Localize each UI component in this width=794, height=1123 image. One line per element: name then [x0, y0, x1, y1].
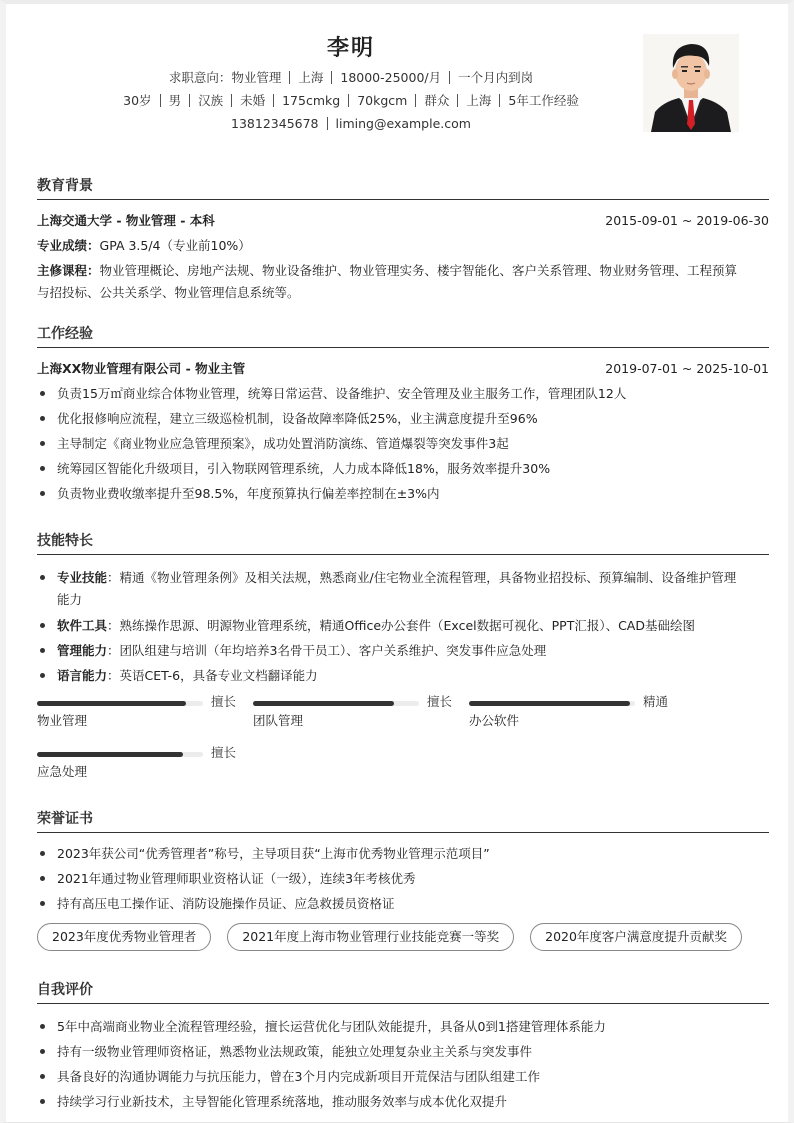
list-item: 持续学习行业新技术，主导智能化管理系统落地，推动服务效率与成本优化双提升	[37, 1089, 769, 1114]
section-title: 自我评价	[37, 978, 769, 1004]
list-item: 持有一级物业管理师资格证，熟悉物业法规政策，能独立处理复杂业主关系与突发事件	[37, 1039, 769, 1064]
resume-page: 李明 求职意向：物业管理上海18000-25000/月一个月内到岗 30岁男汉族…	[0, 0, 794, 1123]
list-item: 具备良好的沟通协调能力与抗压能力，曾在3个月内完成新项目开荒保洁与团队组建工作	[37, 1064, 769, 1089]
work-entry: 上海XX物业管理有限公司 - 物业主管 2019-07-01 ~ 2025-10…	[37, 356, 769, 381]
avatar-icon	[643, 34, 739, 132]
phone-number: 13812345678	[231, 116, 318, 131]
self-evaluation-bullets: 5年中高端商业物业全流程管理经验，擅长运营优化与团队效能提升，具备从0到1搭建管…	[37, 1014, 769, 1114]
list-item: 统筹园区智能化升级项目，引入物联网管理系统，人力成本降低18%，服务效率提升30…	[37, 456, 769, 481]
work-bullets: 负责15万㎡商业综合体物业管理，统筹日常运营、设备维护、安全管理及业主服务工作，…	[37, 381, 769, 506]
work-date: 2019-07-01 ~ 2025-10-01	[605, 356, 769, 381]
list-item: 管理能力：团队组建与培训（年均培养3名骨干员工）、客户关系维护、突发事件应急处理	[37, 638, 769, 663]
list-item: 负责物业费收缴率提升至98.5%，年度预算执行偏差率控制在±3%内	[37, 481, 769, 506]
skill-bar-fill	[37, 701, 186, 706]
skill-bar-fill	[253, 701, 394, 706]
award-tags: 2023年度优秀物业管理者 2021年度上海市物业管理行业技能竞赛一等奖 202…	[37, 923, 769, 951]
education-entry: 上海交通大学 - 物业管理 - 本科 2015-09-01 ~ 2019-06-…	[37, 208, 769, 233]
work-section: 工作经验 上海XX物业管理有限公司 - 物业主管 2019-07-01 ~ 20…	[37, 322, 769, 506]
award-tag: 2023年度优秀物业管理者	[37, 923, 211, 951]
list-item: 优化报修响应流程，建立三级巡检机制，设备故障率降低25%，业主满意度提升至96%	[37, 406, 769, 431]
skill-bar-fill	[469, 701, 630, 706]
skill-bars: 擅长 物业管理 擅长 团队管理 精通 办公软件 擅长 应急处理	[37, 696, 769, 796]
self-evaluation-section: 自我评价 5年中高端商业物业全流程管理经验，擅长运营优化与团队效能提升，具备从0…	[37, 978, 769, 1114]
education-section: 教育背景 上海交通大学 - 物业管理 - 本科 2015-09-01 ~ 201…	[37, 174, 769, 304]
school-line: 上海交通大学 - 物业管理 - 本科	[37, 213, 215, 228]
company-line: 上海XX物业管理有限公司 - 物业主管	[37, 361, 245, 376]
section-title: 教育背景	[37, 174, 769, 200]
education-date: 2015-09-01 ~ 2019-06-30	[605, 208, 769, 233]
skill-bar-track	[37, 752, 203, 757]
section-title: 工作经验	[37, 322, 769, 348]
courses-row: 主修课程：物业管理概论、房地产法规、物业设备维护、物业管理实务、楼宇智能化、客户…	[37, 258, 769, 304]
skill-bar-fill	[37, 752, 183, 757]
skill-bar-track	[253, 701, 419, 706]
list-item: 负责15万㎡商业综合体物业管理，统筹日常运营、设备维护、安全管理及业主服务工作，…	[37, 381, 769, 406]
skill-bar-item: 精通 办公软件	[469, 696, 669, 742]
list-item: 2023年获公司“优秀管理者”称号，主导项目获“上海市优秀物业管理示范项目”	[37, 841, 769, 866]
candidate-name: 李明	[6, 32, 696, 66]
skill-bar-item: 擅长 团队管理	[253, 696, 453, 742]
skill-bar-item: 擅长 应急处理	[37, 747, 237, 793]
list-item: 语言能力：英语CET-6，具备专业文档翻译能力	[37, 663, 769, 688]
section-title: 荣誉证书	[37, 807, 769, 833]
honors-bullets: 2023年获公司“优秀管理者”称号，主导项目获“上海市优秀物业管理示范项目” 2…	[37, 841, 769, 916]
skills-bullets: 专业技能：精通《物业管理条例》及相关法规，熟悉商业/住宅物业全流程管理，具备物业…	[37, 565, 769, 688]
skill-bar-track	[37, 701, 203, 706]
list-item: 5年中高端商业物业全流程管理经验，擅长运营优化与团队效能提升，具备从0到1搭建管…	[37, 1014, 769, 1039]
list-item: 持有高压电工操作证、消防设施操作员证、应急救援员资格证	[37, 891, 769, 916]
resume-header: 李明 求职意向：物业管理上海18000-25000/月一个月内到岗 30岁男汉族…	[6, 32, 696, 135]
award-tag: 2021年度上海市物业管理行业技能竞赛一等奖	[227, 923, 514, 951]
award-tag: 2020年度客户满意度提升贡献奖	[530, 923, 742, 951]
avatar-photo	[643, 34, 739, 132]
honors-section: 荣誉证书 2023年获公司“优秀管理者”称号，主导项目获“上海市优秀物业管理示范…	[37, 807, 769, 951]
skills-section: 技能特长 专业技能：精通《物业管理条例》及相关法规，熟悉商业/住宅物业全流程管理…	[37, 529, 769, 796]
contact-line: 13812345678liming@example.com	[6, 112, 696, 135]
personal-info-line: 30岁男汉族未婚175cmkg70kgcm群众上海5年工作经验	[6, 89, 696, 112]
skill-bar-item: 擅长 物业管理	[37, 696, 237, 742]
gpa-row: 专业成绩：GPA 3.5/4（专业前10%）	[37, 233, 769, 258]
job-intent-line: 求职意向：物业管理上海18000-25000/月一个月内到岗	[6, 66, 696, 89]
list-item: 软件工具：熟练操作思源、明源物业管理系统，精通Office办公套件（Excel数…	[37, 613, 769, 638]
list-item: 2021年通过物业管理师职业资格认证（一级），连续3年考核优秀	[37, 866, 769, 891]
email-address[interactable]: liming@example.com	[336, 116, 471, 131]
section-title: 技能特长	[37, 529, 769, 555]
list-item: 专业技能：精通《物业管理条例》及相关法规，熟悉商业/住宅物业全流程管理，具备物业…	[37, 565, 769, 613]
list-item: 主导制定《商业物业应急管理预案》，成功处置消防演练、管道爆裂等突发事件3起	[37, 431, 769, 456]
skill-bar-track	[469, 701, 635, 706]
